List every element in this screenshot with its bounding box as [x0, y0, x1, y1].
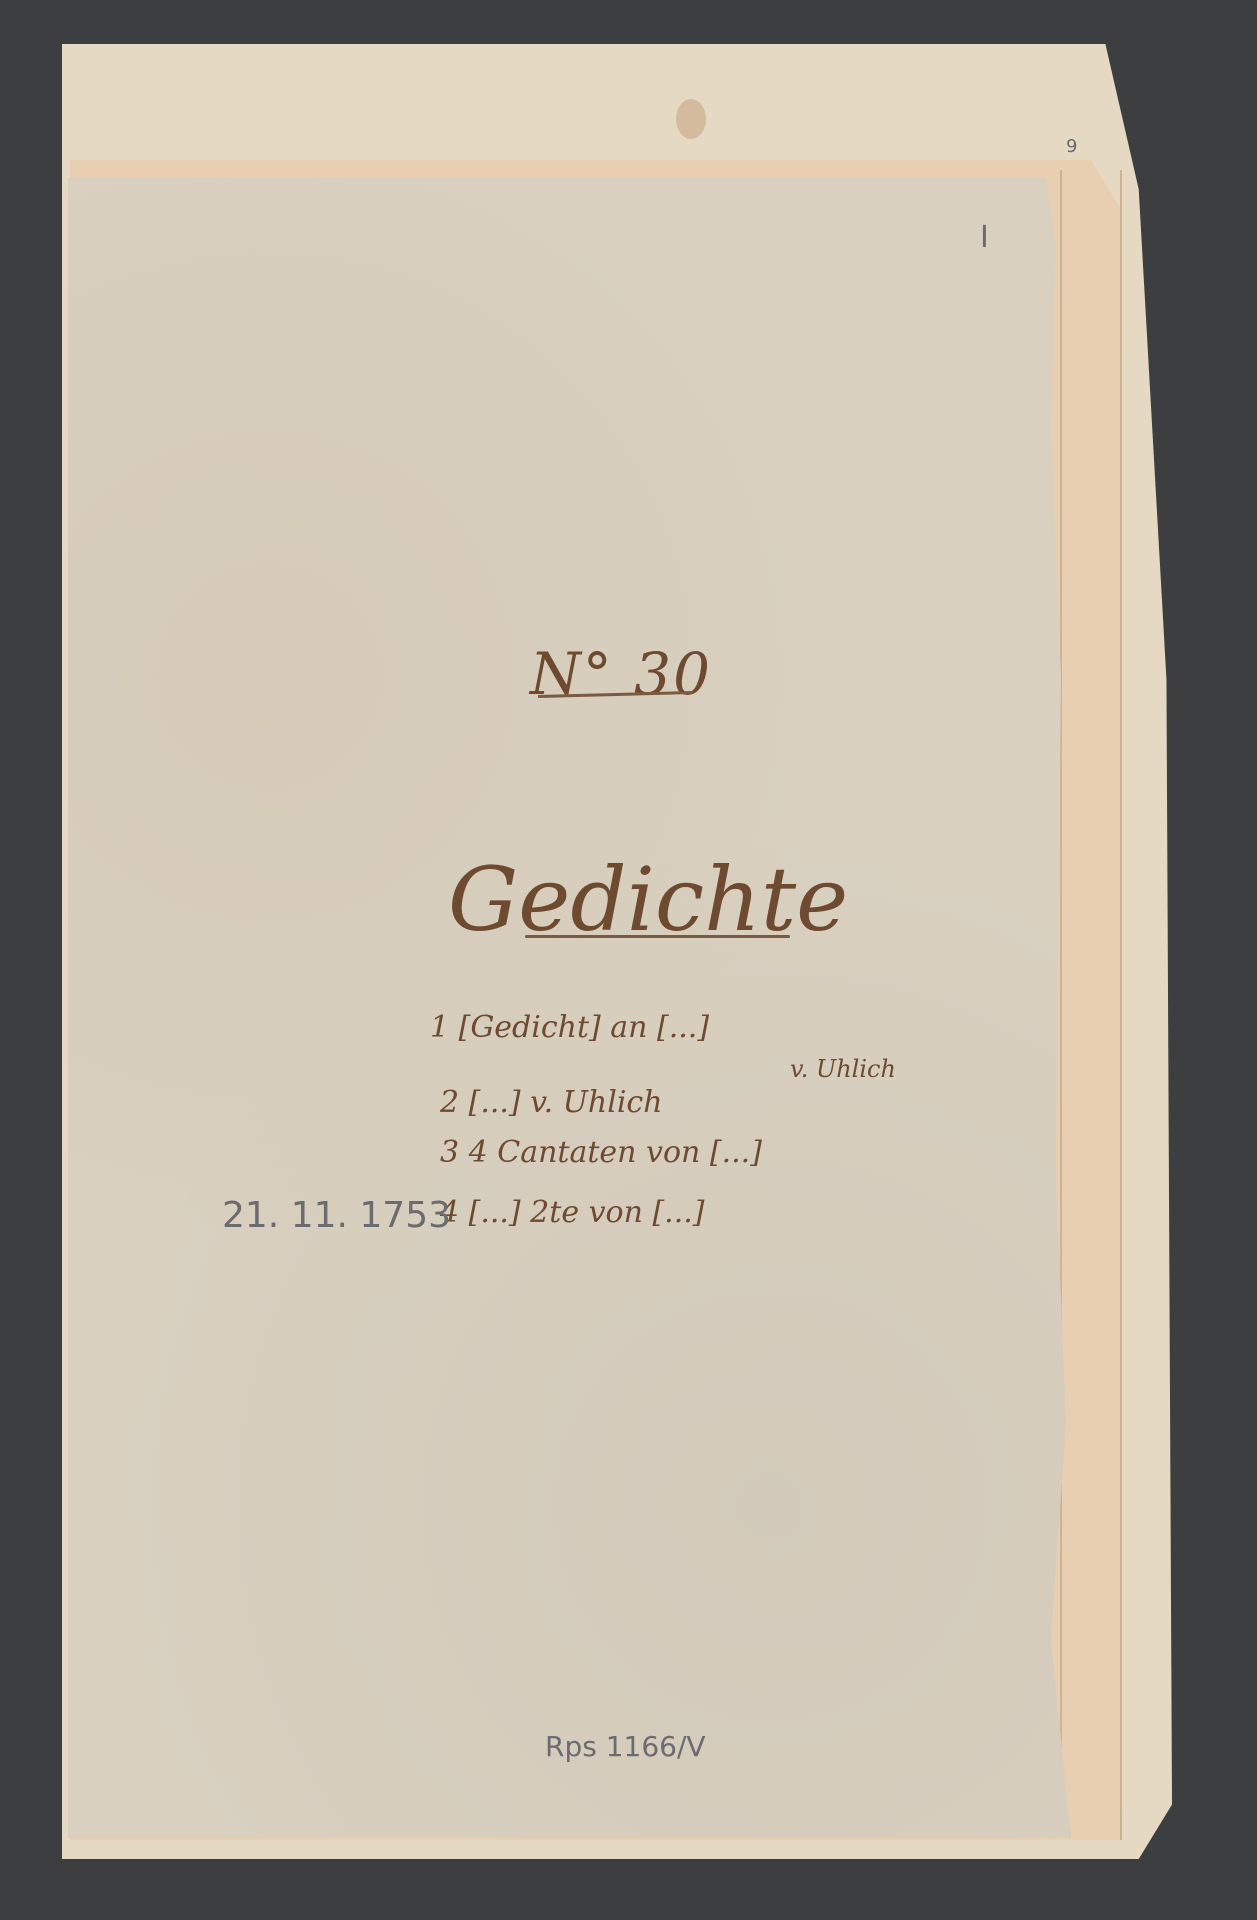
list-item-note: v. Uhlich	[790, 1055, 896, 1083]
page-number: 9	[1066, 136, 1077, 157]
list-item: 3 4 Cantaten von [...]	[440, 1135, 762, 1170]
ink-stain	[676, 99, 706, 139]
shelfmark: Rps 1166/V	[545, 1730, 706, 1763]
pencil-date: 21. 11. 1753	[222, 1195, 451, 1236]
front-sheet	[68, 178, 1071, 1838]
list-item: 1 [Gedicht] an [...]	[430, 1010, 709, 1045]
title-underline	[525, 935, 790, 938]
number-mark: N° 30	[530, 640, 712, 708]
list-item: 4 [...] 2te von [...]	[440, 1195, 705, 1230]
stacked-sheet-edges	[1060, 170, 1122, 1810]
list-item: 2 [...] v. Uhlich	[440, 1085, 663, 1120]
paper-texture	[68, 178, 1071, 1838]
folio-mark: I	[980, 220, 989, 255]
